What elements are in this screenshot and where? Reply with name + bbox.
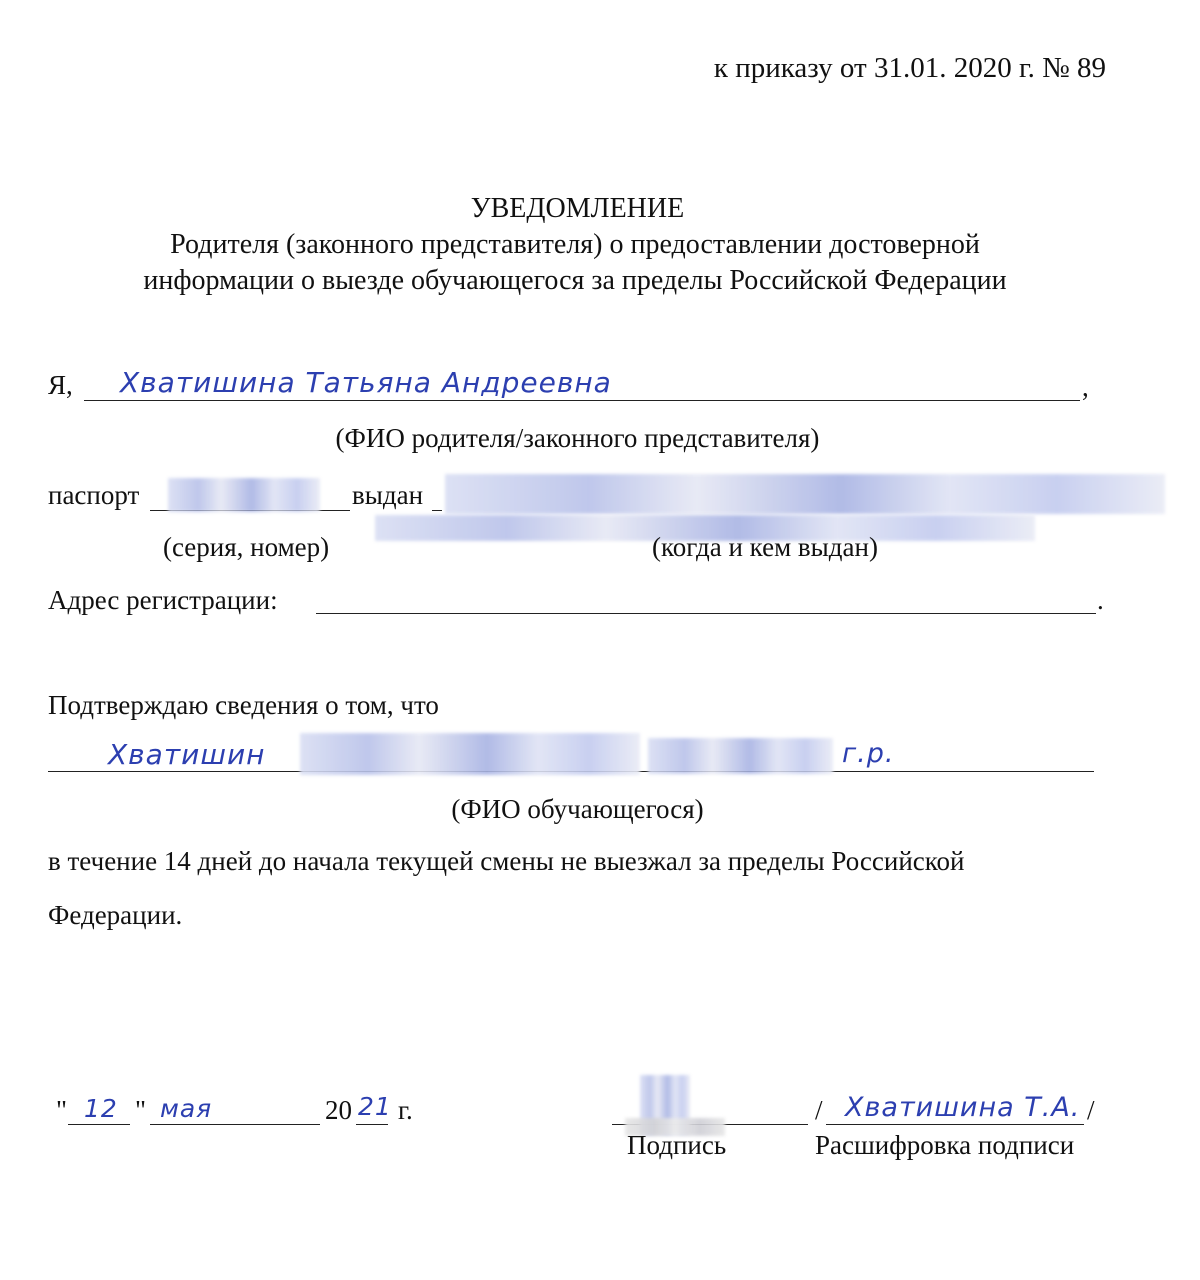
year-line: [356, 1124, 388, 1125]
address-label: Адрес регистрации:: [48, 585, 278, 616]
statement-line1: в течение 14 дней до начала текущей смен…: [48, 846, 964, 877]
decoding-caption: Расшифровка подписи: [815, 1130, 1074, 1161]
date-day-field[interactable]: 12: [84, 1094, 118, 1123]
passport-issued-caption: (когда и кем выдан): [652, 532, 878, 563]
date-quote-close: ": [135, 1095, 146, 1126]
document-subtitle-line2: информации о выезде обучающегося за пред…: [0, 265, 1150, 297]
student-name-redacted: [300, 733, 640, 775]
slash-open: /: [815, 1095, 823, 1126]
date-month-line: [150, 1124, 320, 1125]
slash-close: /: [1087, 1095, 1095, 1126]
date-day-line: [68, 1124, 130, 1125]
passport-issued-line: [432, 510, 442, 511]
student-name-field[interactable]: Хватишин: [108, 738, 265, 771]
passport-label: паспорт: [48, 480, 139, 511]
student-birthdate-redacted: [648, 738, 833, 774]
statement-line2: Федерации.: [48, 900, 182, 931]
year-suffix-field[interactable]: 21: [358, 1092, 392, 1121]
date-quote-open: ": [56, 1095, 67, 1126]
address-end: .: [1097, 585, 1104, 616]
student-caption: (ФИО обучающегося): [0, 794, 1155, 825]
date-month-field[interactable]: мая: [160, 1094, 212, 1123]
order-reference: к приказу от 31.01. 2020 г. № 89: [714, 52, 1106, 85]
document-title: УВЕДОМЛЕНИЕ: [0, 193, 1155, 225]
parent-name-line: [84, 400, 1080, 401]
parent-prefix: Я,: [48, 370, 73, 401]
passport-issued-field[interactable]: [445, 474, 1165, 514]
document-subtitle-line1: Родителя (законного представителя) о пре…: [0, 229, 1150, 261]
parent-name-field[interactable]: Хватишина Татьяна Андреевна: [120, 366, 612, 399]
year-end: г.: [398, 1095, 413, 1126]
passport-series-caption: (серия, номер): [163, 532, 329, 563]
address-field[interactable]: [316, 613, 1096, 614]
passport-issued-label: выдан: [352, 480, 423, 511]
year-prefix: 20: [325, 1095, 352, 1126]
signature-caption: Подпись: [627, 1130, 726, 1161]
birth-suffix: г.р.: [842, 738, 895, 769]
decoding-line: [826, 1124, 1084, 1125]
parent-caption: (ФИО родителя/законного представителя): [0, 423, 1155, 454]
parent-suffix: ,: [1082, 372, 1089, 403]
decoding-field[interactable]: Хватишина Т.А.: [845, 1092, 1080, 1123]
passport-series-field[interactable]: [168, 478, 320, 512]
confirmation-intro: Подтверждаю сведения о том, что: [48, 690, 439, 721]
